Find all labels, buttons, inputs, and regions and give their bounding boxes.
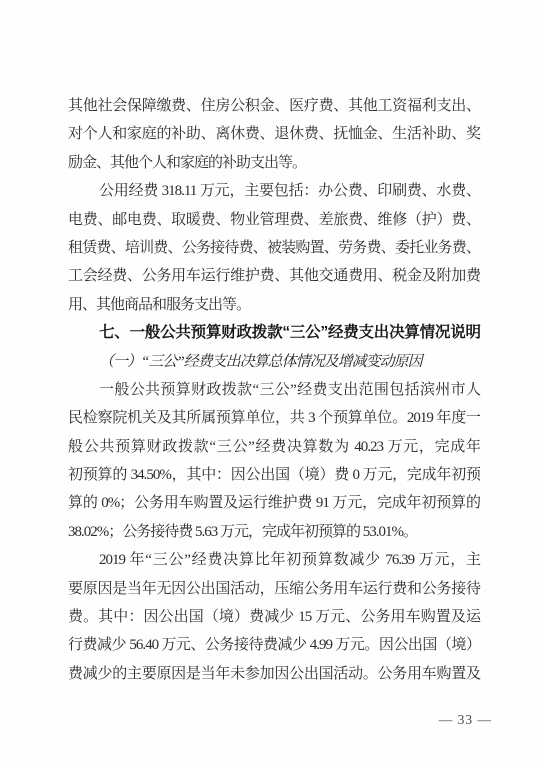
body-text-line: 民检察院机关及其所属预算单位，共 3 个预算单位。2019 年度一 [68,404,480,432]
body-text-line: 费减少的主要原因是当年未参加因公出国活动。公务用车购置及 [68,660,480,688]
section-heading: 七、一般公共预算财政拨款“三公”经费支出决算情况说明 [68,319,480,347]
body-text-line: 一般公共预算财政拨款“三公”经费支出范围包括滨州市人 [68,376,480,404]
body-text-line: 励金、其他个人和家庭的补助支出等。 [68,149,480,177]
body-text-line: 工会经费、公务用车运行维护费、其他交通费用、税金及附加费 [68,262,480,290]
page-text-block: 其他社会保障缴费、住房公积金、医疗费、其他工资福利支出、 对个人和家庭的补助、离… [68,92,480,688]
body-text-line: 要原因是当年无因公出国活动，压缩公务用车运行费和公务接待 [68,575,480,603]
body-text-line: 般公共预算财政拨款“三公”经费决算数为 40.23 万元，完成年 [68,433,480,461]
body-text-line: 其他社会保障缴费、住房公积金、医疗费、其他工资福利支出、 [68,92,480,120]
page-number: — 33 — [439,712,492,728]
body-text-line: 38.02%；公务接待费 5.63 万元，完成年初预算的 53.01%。 [68,518,480,546]
body-text-line: 租赁费、培训费、公务接待费、被装购置、劳务费、委托业务费、 [68,234,480,262]
document-page: 其他社会保障缴费、住房公积金、医疗费、其他工资福利支出、 对个人和家庭的补助、离… [0,0,543,768]
body-text-line: 用、其他商品和服务支出等。 [68,291,480,319]
body-text-line: 初预算的 34.50%，其中：因公出国（境）费 0 万元，完成年初预 [68,461,480,489]
body-text-line: 算的 0%；公务用车购置及运行维护费 91 万元，完成年初预算的 [68,489,480,517]
body-text-line: 公用经费 318.11 万元，主要包括：办公费、印刷费、水费、 [68,177,480,205]
body-text-line: 费。其中：因公出国（境）费减少 15 万元、公务用车购置及运 [68,603,480,631]
subsection-heading: （一）“三公”经费支出决算总体情况及增减变动原因 [68,348,480,376]
body-text-line: 对个人和家庭的补助、离休费、退休费、抚恤金、生活补助、奖 [68,120,480,148]
body-text-line: 电费、邮电费、取暖费、物业管理费、差旅费、维修（护）费、 [68,206,480,234]
body-text-line: 行费减少 56.40 万元、公务接待费减少 4.99 万元。因公出国（境） [68,631,480,659]
body-text-line: 2019 年“三公”经费决算比年初预算数减少 76.39 万元，主 [68,546,480,574]
